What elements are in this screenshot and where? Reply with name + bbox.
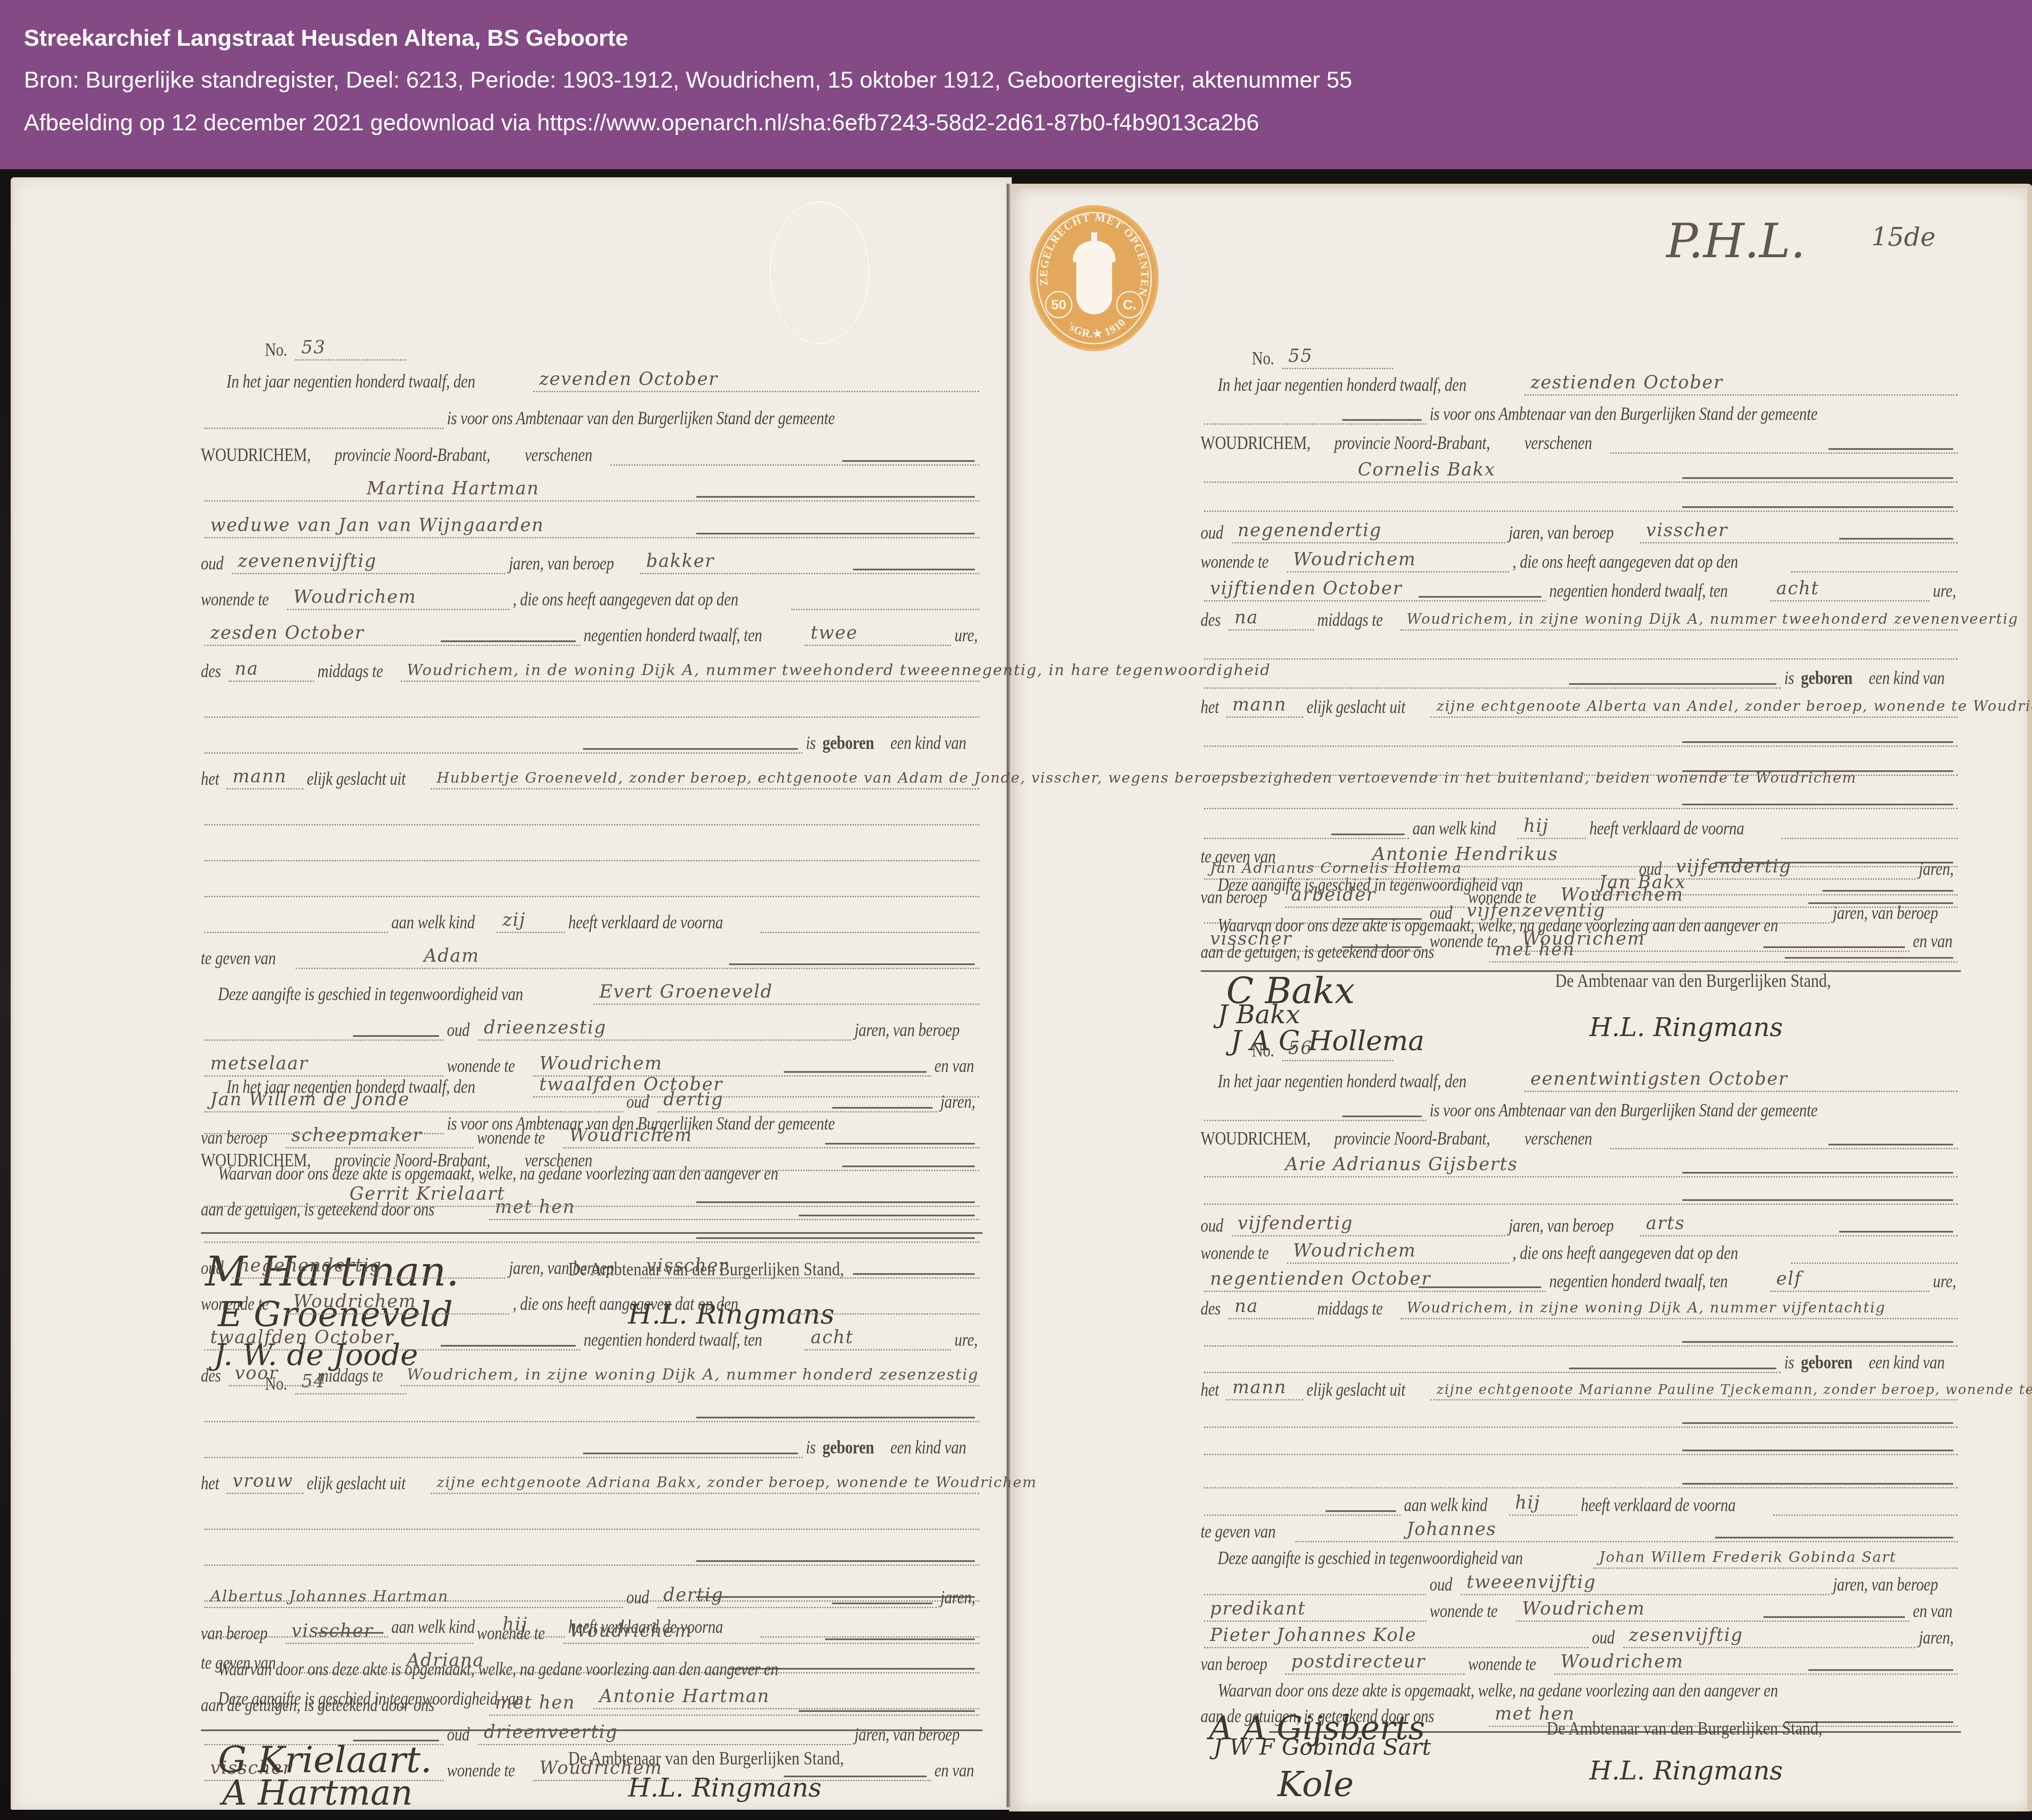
act-number-label: No.: [1252, 1039, 1274, 1061]
printed-text: oud: [1201, 1215, 1223, 1236]
printed-text: In het jaar negentien honderd twaalf, de…: [226, 370, 475, 392]
witness1-age: tweeenvijftig: [1467, 1571, 1596, 1592]
printed-text: heeft verklaard de voorna: [1589, 817, 1744, 839]
signed-with: met hen: [495, 1692, 576, 1713]
child-sex: mann: [1232, 1377, 1286, 1397]
declarant-age: negenendertig: [1238, 520, 1382, 540]
declarant-pronoun: hij: [1524, 815, 1549, 836]
signed-with: met hen: [1495, 939, 1575, 960]
book-gutter: [1007, 184, 1010, 1807]
printed-text: aan de getuigen, is geteekend door ons: [201, 1694, 435, 1716]
declarant-pronoun: hij: [1515, 1492, 1541, 1513]
printed-text: provincie Noord-Brabant,: [1334, 1127, 1490, 1149]
printed-text: geboren: [1801, 1351, 1853, 1373]
declarant-occupation: visscher: [1646, 520, 1728, 540]
printed-text: geboren: [822, 732, 874, 754]
printed-text: jaren, van beroep: [854, 1019, 960, 1041]
declarant-age: vijfendertig: [1238, 1212, 1354, 1233]
download-note: Afbeelding op 12 december 2021 gedownloa…: [24, 109, 1259, 136]
declarant-name: Arie Adrianus Gijsberts: [1285, 1154, 1518, 1174]
printed-text: het: [1201, 696, 1219, 718]
official-signature: H.L. Ringmans: [1589, 1756, 1783, 1786]
printed-text: jaren,: [940, 1586, 975, 1608]
birth-hour: elf: [1776, 1268, 1802, 1289]
witness2-name: Jan Adrianus Cornelis Hollema: [1210, 860, 1462, 877]
printed-text: Waarvan door ons deze akte is opgemaakt,…: [1218, 914, 1778, 936]
coat-of-arms-shield-icon: [1076, 259, 1112, 314]
printed-text: elijk geslacht uit: [307, 768, 405, 790]
child-name: Adam: [424, 945, 479, 966]
child-sex: mann: [232, 766, 287, 787]
printed-text: In het jaar negentien honderd twaalf, de…: [1218, 1070, 1466, 1092]
embossed-seal-icon: [769, 201, 870, 344]
witness2-occupation: visscher: [291, 1620, 373, 1641]
printed-text: jaren, van beroep: [1509, 1215, 1614, 1236]
act-number: 53: [301, 337, 326, 358]
printed-text: , die ons heeft aangegeven dat op den: [1512, 551, 1738, 572]
printed-text: oud: [201, 552, 223, 574]
printed-text: , die ons heeft aangegeven dat op den: [1512, 1242, 1738, 1264]
printed-text: en van: [1913, 1600, 1953, 1622]
birth-hour: acht: [1776, 578, 1819, 599]
printed-text: een kind van: [1869, 1351, 1944, 1373]
printed-text: jaren, van beroep: [509, 552, 614, 574]
witness1-age: drieenzestig: [484, 1017, 607, 1038]
printed-text: Waarvan door ons deze akte is opgemaakt,…: [218, 1658, 778, 1680]
printed-text: een kind van: [1869, 667, 1944, 689]
archive-header: Streekarchief Langstraat Heusden Altena,…: [0, 0, 2032, 169]
witness2-age: dertig: [664, 1584, 724, 1605]
printed-text: , die ons heeft aangegeven dat op den: [513, 588, 738, 610]
witness1-name: Johan Willem Frederik Gobinda Sart: [1599, 1549, 1897, 1566]
official-title: De Ambtenaar van den Burgerlijken Stand,: [568, 1747, 844, 1769]
declarant-residence: Woudrichem: [1293, 1240, 1416, 1261]
witness1-residence: Woudrichem: [1522, 1598, 1645, 1619]
printed-text: te geven van: [201, 947, 276, 969]
printed-text: oud: [1201, 522, 1223, 543]
printed-text: negentien honderd twaalf, ten: [1549, 580, 1728, 602]
printed-text: elijk geslacht uit: [1307, 696, 1405, 718]
printed-text: jaren,: [1919, 1626, 1953, 1648]
printed-text: wonende te: [477, 1622, 545, 1644]
printed-text: Deze aangifte is geschied in tegenwoordi…: [218, 983, 523, 1005]
witness2-occupation: postdirecteur: [1291, 1651, 1425, 1672]
printed-text: van beroep: [201, 1622, 267, 1644]
birth-place: Woudrichem, in zijne woning Dijk A, numm…: [1407, 1299, 1885, 1316]
printed-text: ure,: [1933, 580, 1956, 602]
birth-place: Woudrichem, in zijne woning Dijk A, numm…: [1407, 611, 2018, 628]
municipality: WOUDRICHEM,: [1201, 1127, 1310, 1149]
witness2-residence: Woudrichem: [569, 1620, 692, 1641]
declarant-note: weduwe van Jan van Wijngaarden: [210, 514, 544, 535]
printed-text: ure,: [1933, 1270, 1956, 1292]
mother-details: zijne echtgenoote Alberta van Andel, zon…: [1436, 698, 2032, 715]
declarant-name: Cornelis Bakx: [1358, 459, 1495, 480]
printed-text: oud: [1592, 1626, 1615, 1648]
printed-text: wonende te: [201, 588, 269, 610]
printed-text: Deze aangifte is geschied in tegenwoordi…: [1218, 1547, 1523, 1569]
signature: Kole: [1277, 1764, 1354, 1804]
printed-text: van beroep: [1201, 1653, 1267, 1675]
printed-text: van beroep: [1201, 886, 1267, 908]
printed-text: middags te: [317, 660, 383, 682]
printed-text: wonende te: [1201, 1242, 1269, 1264]
witness2-residence: Woudrichem: [1560, 884, 1683, 905]
svg-text:'sGR.★ 1910: 'sGR.★ 1910: [1065, 316, 1128, 341]
witness1-name: Evert Groeneveld: [599, 981, 773, 1002]
printed-text: wonende te: [1201, 551, 1269, 572]
printed-text: negentien honderd twaalf, ten: [1549, 1270, 1728, 1292]
printed-text: aan welk kind: [1412, 817, 1496, 839]
witness2-name: Pieter Johannes Kole: [1210, 1624, 1417, 1645]
printed-text: ure,: [954, 624, 978, 646]
ante-post: na: [235, 658, 258, 679]
printed-text: verschenen: [525, 444, 592, 466]
birth-act-55-witnesses: Jan Adrianus Cornelis Hollema oud vijfen…: [1201, 852, 1961, 980]
act-number: 55: [1288, 345, 1313, 366]
act-number-label: No.: [1252, 347, 1274, 369]
ante-post: na: [1234, 1295, 1258, 1316]
printed-text: In het jaar negentien honderd twaalf, de…: [1218, 374, 1466, 396]
declarant-occupation: bakker: [646, 550, 714, 571]
birth-place: Woudrichem, in de woning Dijk A, nummer …: [407, 661, 1271, 679]
declarant-name: Martina Hartman: [367, 478, 539, 499]
printed-text: een kind van: [890, 732, 966, 754]
act-date: eenentwintigsten October: [1530, 1068, 1788, 1089]
ante-post: na: [1234, 607, 1258, 628]
stamp-currency: C.: [1116, 291, 1143, 318]
printed-text: jaren, van beroep: [1509, 522, 1614, 543]
printed-text: jaren,: [1919, 858, 1953, 880]
act-number: 56: [1288, 1037, 1313, 1058]
witness2-age: vijfendertig: [1676, 856, 1792, 877]
official-title: De Ambtenaar van den Burgerlijken Stand,: [1555, 970, 1831, 992]
birth-day: negentienden October: [1210, 1268, 1431, 1289]
official-signature: H.L. Ringmans: [628, 1773, 822, 1803]
printed-text: des: [1201, 1297, 1221, 1319]
printed-text: is: [1784, 1351, 1794, 1373]
printed-text: het: [201, 768, 219, 790]
official-title: De Ambtenaar van den Burgerlijken Stand,: [1547, 1717, 1822, 1739]
printed-text: oud: [1639, 858, 1662, 880]
municipality: WOUDRICHEM,: [1201, 432, 1310, 454]
printed-text: jaren, van beroep: [1833, 1573, 1938, 1595]
act-number-label: No.: [265, 339, 287, 361]
declarant-residence: Woudrichem: [293, 586, 416, 607]
declarant-age: zevenenvijftig: [238, 550, 377, 571]
birth-hour: twee: [810, 622, 858, 643]
printed-text: wonende te: [1468, 886, 1536, 908]
signature: J W F Gobinda Sart: [1213, 1735, 1431, 1760]
printed-text: middags te: [1317, 1297, 1383, 1319]
witness1-occupation: predikant: [1210, 1598, 1306, 1619]
signature: A Hartman: [222, 1773, 413, 1813]
archive-title: Streekarchief Langstraat Heusden Altena,…: [24, 25, 628, 51]
witness2-occupation: arbeider: [1291, 884, 1376, 905]
printed-text: negentien honderd twaalf, ten: [584, 624, 762, 646]
printed-text: verschenen: [1524, 1127, 1592, 1149]
printed-text: wonende te: [1468, 1653, 1536, 1675]
printed-text: des: [1201, 609, 1221, 631]
printed-text: middags te: [1317, 609, 1383, 631]
child-sex: mann: [1232, 694, 1286, 715]
declarant-occupation: arts: [1646, 1212, 1685, 1233]
act-date: zestienden October: [1530, 372, 1723, 393]
witness2-name: Albertus Johannes Hartman: [210, 1588, 449, 1605]
printed-text: is: [806, 732, 816, 754]
printed-text: is voor ons Ambtenaar van den Burgerlijk…: [1430, 403, 1818, 425]
birth-act-53: No. 53 In het jaar negentien honderd twa…: [201, 333, 983, 1038]
municipality: WOUDRICHEM,: [201, 444, 311, 466]
stamp-value: 50: [1045, 291, 1072, 318]
printed-text: Waarvan door ons deze akte is opgemaakt,…: [1218, 1679, 1778, 1701]
printed-text: provincie Noord-Brabant,: [1334, 432, 1490, 454]
printed-text: te geven van: [1201, 1521, 1275, 1542]
birth-act-56: No. 56 In het jaar negentien honderd twa…: [1201, 1034, 1961, 1653]
initials-annotation: P.H.L.: [1666, 214, 1806, 268]
printed-text: is: [1784, 667, 1794, 689]
child-name: Johannes: [1407, 1518, 1497, 1539]
printed-text: is voor ons Ambtenaar van den Burgerlijk…: [1430, 1099, 1818, 1121]
page-marker-annotation: 15de: [1871, 222, 1935, 252]
printed-text: verschenen: [1524, 432, 1592, 454]
revenue-stamp: ZEGELRECHT MET OPCENTEN 'sGR.★ 1910 50 C…: [1030, 205, 1159, 351]
printed-text: wonende te: [1430, 1600, 1498, 1622]
printed-text: aan welk kind: [1404, 1494, 1487, 1516]
declarant-pronoun: zij: [502, 909, 526, 930]
printed-text: provincie Noord-Brabant,: [335, 444, 490, 466]
act-date: zevenden October: [539, 368, 718, 389]
printed-text: oud: [1430, 1573, 1452, 1595]
printed-text: elijk geslacht uit: [1307, 1379, 1405, 1400]
mother-details: zijne echtgenoote Marianne Pauline Tjeck…: [1436, 1381, 2032, 1397]
printed-text: heeft verklaard de voorna: [568, 911, 723, 933]
printed-text: aan welk kind: [391, 911, 475, 933]
printed-text: geboren: [1801, 667, 1853, 689]
birth-day: zesden October: [210, 622, 364, 643]
witness2-residence: Woudrichem: [1560, 1651, 1683, 1672]
printed-text: oud: [626, 1586, 649, 1608]
witness2-age: zesenvijftig: [1629, 1624, 1743, 1645]
printed-text: heeft verklaard de voorna: [1581, 1494, 1735, 1516]
source-citation: Bron: Burgerlijke standregister, Deel: 6…: [24, 67, 1352, 93]
birth-act-54-witnesses: Albertus Johannes Hartman oud dertig jar…: [201, 1581, 983, 1709]
printed-text: des: [201, 660, 221, 682]
printed-text: is voor ons Ambtenaar van den Burgerlijk…: [447, 407, 835, 429]
birth-day: vijftienden October: [1210, 578, 1402, 599]
printed-text: het: [1201, 1379, 1219, 1400]
printed-text: aan de getuigen, is geteekend door ons: [1201, 941, 1434, 963]
declarant-residence: Woudrichem: [1293, 549, 1416, 569]
printed-text: oud: [447, 1019, 470, 1041]
